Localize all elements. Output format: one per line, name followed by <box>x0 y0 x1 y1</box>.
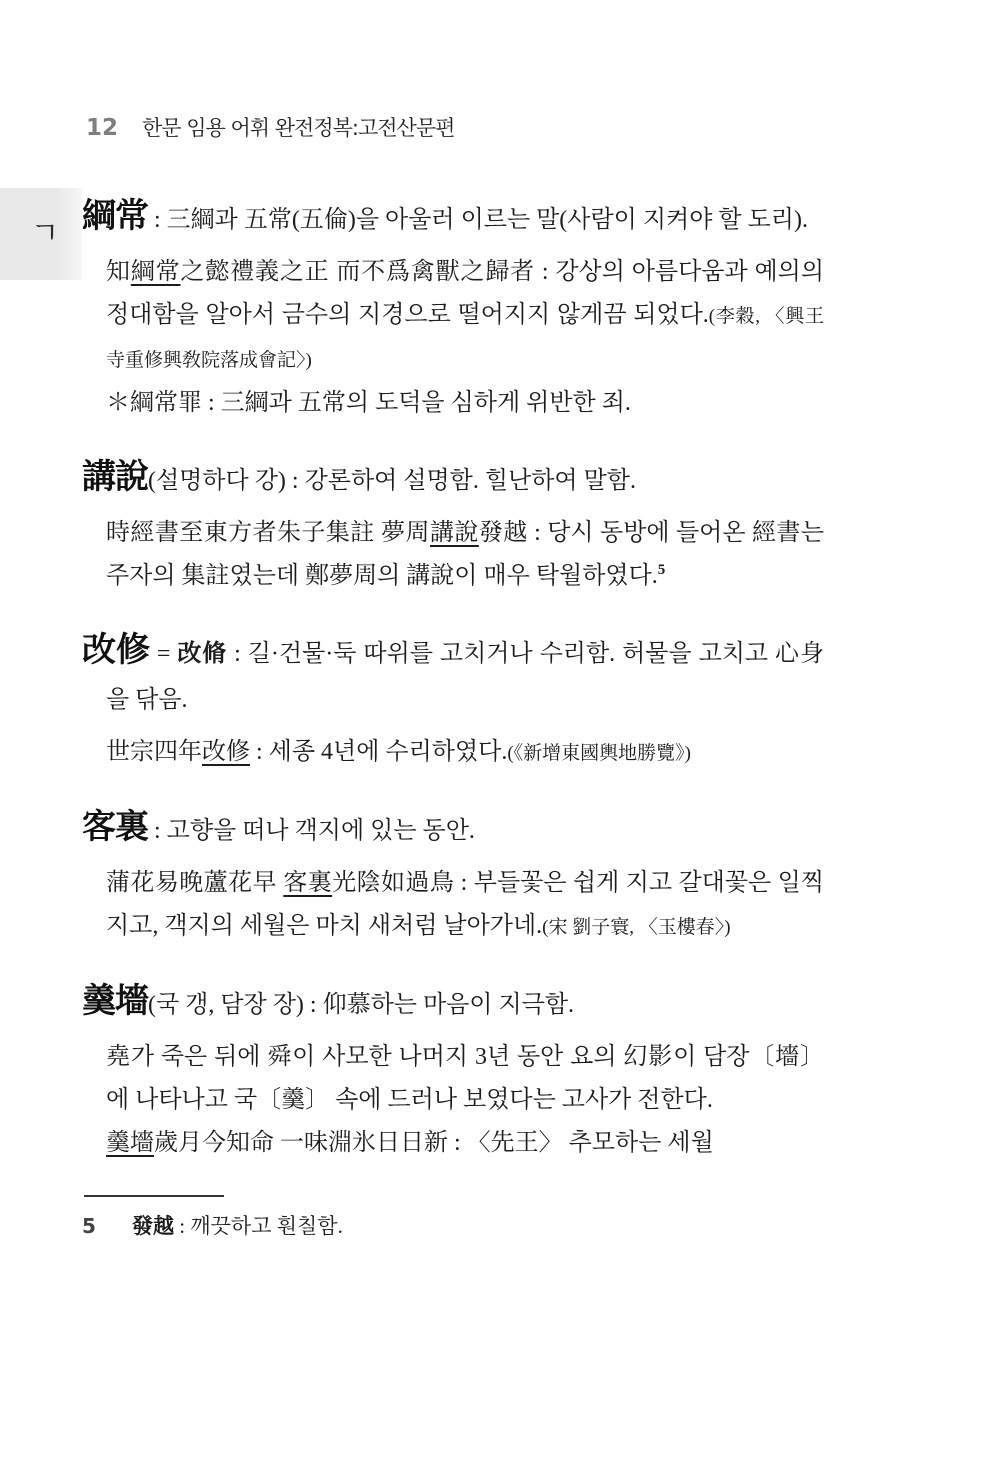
footnote-line: 5 發越 : 깨끗하고 훤칠함. <box>82 1211 824 1241</box>
underlined-hanja: 客裏 <box>283 870 332 896</box>
footnote-ref: 5 <box>658 562 666 578</box>
text-segment: 堯가 죽은 뒤에 舜이 사모한 나머지 3년 동안 요의 幻影이 담장〔墻〕에 … <box>106 1044 824 1113</box>
text-segment: 時經書至東方者朱子集註 夢周 <box>106 520 430 546</box>
entry-head-line: 綱常 : 三綱과 五常(五倫)을 아울러 이르는 말(사람이 지켜야 할 도리)… <box>82 194 824 243</box>
entry-headword: 講說 <box>82 459 148 496</box>
entry-examples: 時經書至東方者朱子集註 夢周講說發越 : 당시 동방에 들어온 經書는 주자의 … <box>82 512 824 598</box>
footnote-divider <box>84 1195 224 1197</box>
text-segment: : 三綱과 五常(五倫)을 아울러 이르는 말(사람이 지켜야 할 도리). <box>148 207 808 233</box>
text-segment: (설명하다 강) : 강론하여 설명함. 힐난하여 말함. <box>148 468 636 494</box>
text-segment: = <box>150 641 177 667</box>
book-title: 한문 임용 어휘 완전정복:고전산문편 <box>142 114 454 142</box>
example-paragraph: 時經書至東方者朱子集註 夢周講說發越 : 당시 동방에 들어온 經書는 주자의 … <box>106 512 824 598</box>
index-tab-letter: ㄱ <box>31 208 60 252</box>
underlined-hanja: 綱常 <box>131 259 181 285</box>
dictionary-content: 綱常 : 三綱과 五常(五倫)을 아울러 이르는 말(사람이 지켜야 할 도리)… <box>82 194 824 1241</box>
example-paragraph: 堯가 죽은 뒤에 舜이 사모한 나머지 3년 동안 요의 幻影이 담장〔墻〕에 … <box>106 1036 824 1122</box>
footnote-text: 發越 : 깨끗하고 훤칠함. <box>132 1211 343 1241</box>
underlined-hanja: 改修 <box>202 739 250 765</box>
text-segment: (국 갱, 담장 장) : 仰慕하는 마음이 지극함. <box>148 992 574 1018</box>
entry-headword: 綱常 <box>82 198 148 235</box>
text-segment: 世宗四年 <box>106 739 202 765</box>
example-paragraph: 知綱常之懿禮義之正 而不爲禽獸之歸者 : 강상의 아름다움과 예의의 정대함을 … <box>106 251 824 382</box>
source-citation: (宋 劉子寰, 〈玉樓春〉) <box>542 917 730 938</box>
entry-head-line: 改修 = 改脩 : 길·건물·둑 따위를 고치거나 수리함. 허물을 고치고 心… <box>82 628 824 723</box>
page-number: 12 <box>86 114 118 142</box>
entry-headword: 羹墻 <box>82 983 148 1020</box>
example-paragraph: 蒲花易晚蘆花早 客裏光陰如過鳥 : 부들꽃은 쉽게 지고 갈대꽃은 일찍 지고,… <box>106 862 824 949</box>
example-paragraph: 羹墻歲月今知命 一味淵氷日日新 : 〈先王〉 추모하는 세월 <box>106 1122 824 1165</box>
source-citation: (《新增東國輿地勝覽》) <box>507 743 691 764</box>
text-segment: : 깨끗하고 훤칠함. <box>174 1214 343 1238</box>
footnote-term: 發越 <box>132 1214 174 1238</box>
entry-examples: 世宗四年改修 : 세종 4년에 수리하였다.(《新增東國輿地勝覽》) <box>82 731 824 775</box>
running-header: 12 한문 임용 어휘 완전정복:고전산문편 <box>86 114 985 142</box>
entry-headword: 客裏 <box>82 809 148 846</box>
entry-examples: 知綱常之懿禮義之正 而不爲禽獸之歸者 : 강상의 아름다움과 예의의 정대함을 … <box>82 251 824 425</box>
entry-羹墻: 羹墻(국 갱, 담장 장) : 仰慕하는 마음이 지극함.堯가 죽은 뒤에 舜이… <box>82 979 824 1165</box>
text-segment: 知 <box>106 259 131 285</box>
index-tab: ㄱ <box>0 188 82 280</box>
entry-head-line: 羹墻(국 갱, 담장 장) : 仰慕하는 마음이 지극함. <box>82 979 824 1028</box>
entry-head-line: 客裏 : 고향을 떠나 객지에 있는 동안. <box>82 805 824 854</box>
book-page: { "page_header": { "page_number": "12", … <box>0 0 985 1457</box>
footnote-number: 5 <box>82 1211 132 1241</box>
text-segment: : 고향을 떠나 객지에 있는 동안. <box>148 818 475 844</box>
underlined-hanja: 羹墻 <box>106 1130 154 1156</box>
entry-examples: 蒲花易晚蘆花早 客裏光陰如過鳥 : 부들꽃은 쉽게 지고 갈대꽃은 일찍 지고,… <box>82 862 824 949</box>
entry-客裏: 客裏 : 고향을 떠나 객지에 있는 동안.蒲花易晚蘆花早 客裏光陰如過鳥 : … <box>82 805 824 949</box>
text-segment: ＊綱常罪 : 三綱과 五常의 도덕을 심하게 위반한 죄. <box>106 390 631 416</box>
example-paragraph: 世宗四年改修 : 세종 4년에 수리하였다.(《新增東國輿地勝覽》) <box>106 731 824 775</box>
text-segment: 歲月今知命 一味淵氷日日新 : 〈先王〉 추모하는 세월 <box>154 1130 714 1156</box>
example-paragraph: ＊綱常罪 : 三綱과 五常의 도덕을 심하게 위반한 죄. <box>106 382 824 425</box>
footnote-block: 5 發越 : 깨끗하고 훤칠함. <box>82 1195 824 1241</box>
entry-examples: 堯가 죽은 뒤에 舜이 사모한 나머지 3년 동안 요의 幻影이 담장〔墻〕에 … <box>82 1036 824 1165</box>
bold-hanja: 改脩 <box>177 641 227 667</box>
entries: 綱常 : 三綱과 五常(五倫)을 아울러 이르는 말(사람이 지켜야 할 도리)… <box>82 194 824 1165</box>
entry-head-line: 講說(설명하다 강) : 강론하여 설명함. 힐난하여 말함. <box>82 455 824 504</box>
entry-講說: 講說(설명하다 강) : 강론하여 설명함. 힐난하여 말함.時經書至東方者朱子… <box>82 455 824 598</box>
entry-headword: 改修 <box>82 632 150 669</box>
text-segment: : 세종 4년에 수리하였다. <box>250 739 507 765</box>
underlined-hanja: 講說 <box>430 520 479 546</box>
text-segment: 蒲花易晚蘆花早 <box>106 870 283 896</box>
entry-綱常: 綱常 : 三綱과 五常(五倫)을 아울러 이르는 말(사람이 지켜야 할 도리)… <box>82 194 824 425</box>
entry-改修: 改修 = 改脩 : 길·건물·둑 따위를 고치거나 수리함. 허물을 고치고 心… <box>82 628 824 775</box>
